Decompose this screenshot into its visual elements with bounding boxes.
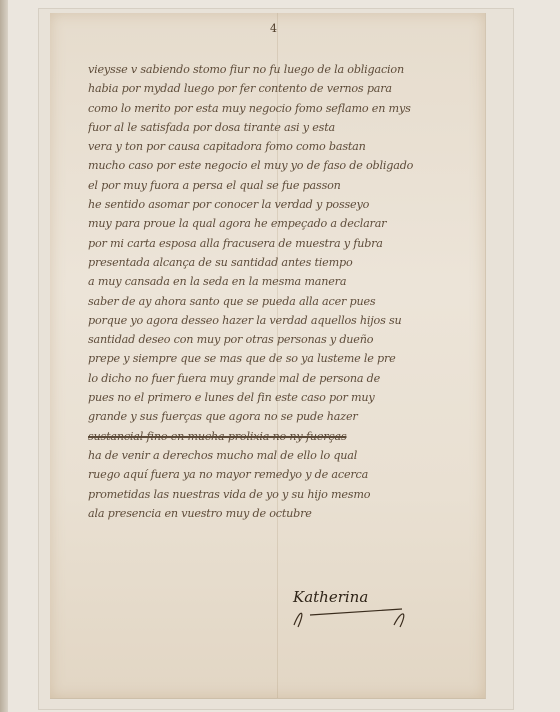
text-line: ha de venir a derechos mucho mal de ello… [88,446,488,465]
text-line: ala presencia en vuestro muy de octubre [88,504,488,523]
text-line: prometidas las nuestras vida de yo y su … [88,485,488,504]
text-line: vera y ton por causa capitadora fomo com… [88,137,488,156]
text-line: pues no el primero e lunes del fin este … [88,388,488,407]
text-line: prepe y siempre que se mas que de so ya … [88,349,488,368]
binding-edge [0,0,8,712]
signature: Katherina [293,588,368,606]
text-line: vieysse v sabiendo stomo fiur no fu lueg… [88,60,488,79]
text-line: el por muy fuora a persa el qual se fue … [88,176,488,195]
text-line: fuor al le satisfada por dosa tirante as… [88,118,488,137]
text-line: porque yo agora desseo hazer la verdad a… [88,311,488,330]
text-line: saber de ay ahora santo que se pueda all… [88,292,488,311]
text-line: por mi carta esposa alla fracusera de mu… [88,234,488,253]
text-line: a muy cansada en la seda en la mesma man… [88,272,488,291]
text-line: muy para proue la qual agora he empeçado… [88,214,488,233]
signature-flourish-icon [290,605,410,629]
text-line: he sentido asomar por conocer la verdad … [88,195,488,214]
text-line-struck: sustancial fino en mucha prolixia no ny … [88,427,488,446]
text-line: santidad deseo con muy por otras persona… [88,330,488,349]
text-line: como lo merito por esta muy negocio fomo… [88,99,488,118]
letter-body: vieysse v sabiendo stomo fiur no fu lueg… [88,60,488,523]
text-line: habia por mydad luego por fer contento d… [88,79,488,98]
folio-mark: 4 [270,22,277,35]
text-line: grande y sus fuerças que agora no se pud… [88,407,488,426]
text-line: lo dicho no fuer fuera muy grande mal de… [88,369,488,388]
text-line: ruego aquí fuera ya no mayor remedyo y d… [88,465,488,484]
text-line: mucho caso por este negocio el muy yo de… [88,156,488,175]
text-line: presentada alcança de su santidad antes … [88,253,488,272]
